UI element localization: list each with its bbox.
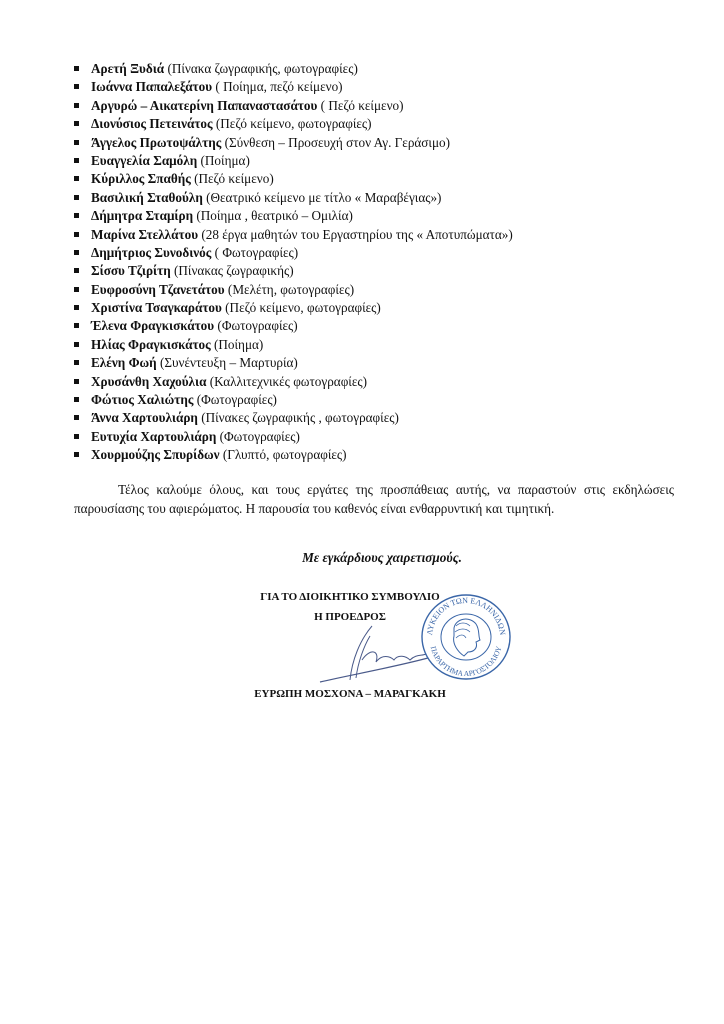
contributor-item: Έλενα Φραγκισκάτου (Φωτογραφίες): [74, 317, 513, 335]
square-bullet-icon: [74, 360, 79, 365]
contributor-item: Αρετή Ξυδιά (Πίνακα ζωγραφικής, φωτογραφ…: [74, 60, 513, 78]
contribution-description: (Πεζό κείμενο): [191, 171, 274, 186]
contributor-name: Βασιλική Σταθούλη: [91, 190, 203, 205]
square-bullet-icon: [74, 268, 79, 273]
contribution-description: (Φωτογραφίες): [214, 318, 298, 333]
contribution-description: (Γλυπτό, φωτογραφίες): [220, 447, 347, 462]
contributor-item: Ιωάννα Παπαλεξάτου ( Ποίημα, πεζό κείμεν…: [74, 78, 513, 96]
square-bullet-icon: [74, 287, 79, 292]
contributor-item: Κύριλλος Σπαθής (Πεζό κείμενο): [74, 170, 513, 188]
contributor-name: Χουρμούζης Σπυρίδων: [91, 447, 220, 462]
contributor-name: Σίσσυ Τζιρίτη: [91, 263, 171, 278]
contributor-name: Δήμητρα Σταμίρη: [91, 208, 193, 223]
contributor-item: Αργυρώ – Αικατερίνη Παπαναστασάτου ( Πεζ…: [74, 97, 513, 115]
greeting: Με εγκάρδιους χαιρετισμούς.: [20, 550, 724, 566]
square-bullet-icon: [74, 121, 79, 126]
contribution-description: (Πίνακας ζωγραφικής): [171, 263, 294, 278]
contributor-item: Χρυσάνθη Χαχούλια (Καλλιτεχνικές φωτογρα…: [74, 373, 513, 391]
contributor-item: Δήμητρα Σταμίρη (Ποίημα , θεατρικό – Ομι…: [74, 207, 513, 225]
contributor-name: Άννα Χαρτουλιάρη: [91, 410, 198, 425]
contributor-name: Ευτυχία Χαρτουλιάρη: [91, 429, 216, 444]
closing-paragraph-text: Τέλος καλούμε όλους, και τους εργάτες τη…: [74, 482, 674, 516]
square-bullet-icon: [74, 415, 79, 420]
square-bullet-icon: [74, 305, 79, 310]
contributor-item: Ευαγγελία Σαμόλη (Ποίημα): [74, 152, 513, 170]
contribution-description: (Ποίημα): [197, 153, 250, 168]
contributor-item: Μαρίνα Στελλάτου (28 έργα μαθητών του Ερ…: [74, 226, 513, 244]
square-bullet-icon: [74, 250, 79, 255]
contributor-name: Αρετή Ξυδιά: [91, 61, 164, 76]
contributor-item: Άγγελος Πρωτοψάλτης (Σύνθεση – Προσευχή …: [74, 134, 513, 152]
square-bullet-icon: [74, 195, 79, 200]
contributor-name: Ιωάννα Παπαλεξάτου: [91, 79, 212, 94]
square-bullet-icon: [74, 103, 79, 108]
square-bullet-icon: [74, 66, 79, 71]
square-bullet-icon: [74, 379, 79, 384]
square-bullet-icon: [74, 342, 79, 347]
square-bullet-icon: [74, 84, 79, 89]
board-line: ΓΙΑ ΤΟ ΔΙΟΙΚΗΤΙΚΟ ΣΥΜΒΟΥΛΙΟ: [0, 591, 712, 603]
contributor-name: Ηλίας Φραγκισκάτος: [91, 337, 211, 352]
contributor-name: Ευαγγελία Σαμόλη: [91, 153, 197, 168]
contribution-description: (Ποίημα): [211, 337, 264, 352]
contribution-description: ( Ποίημα, πεζό κείμενο): [212, 79, 342, 94]
square-bullet-icon: [74, 213, 79, 218]
contributor-name: Αργυρώ – Αικατερίνη Παπαναστασάτου: [91, 98, 317, 113]
contributor-name: Κύριλλος Σπαθής: [91, 171, 191, 186]
contributor-item: Δημήτριος Συνοδινός ( Φωτογραφίες): [74, 244, 513, 262]
contribution-description: (Θεατρικό κείμενο με τίτλο « Μαραβέγιας»…: [203, 190, 442, 205]
square-bullet-icon: [74, 176, 79, 181]
square-bullet-icon: [74, 323, 79, 328]
contributor-name: Δημήτριος Συνοδινός: [91, 245, 211, 260]
contributor-name: Ευφροσύνη Τζανετάτου: [91, 282, 225, 297]
square-bullet-icon: [74, 452, 79, 457]
contributor-name: Έλενα Φραγκισκάτου: [91, 318, 214, 333]
contributor-item: Ελένη Φωή (Συνέντευξη – Μαρτυρία): [74, 354, 513, 372]
contributor-item: Χουρμούζης Σπυρίδων (Γλυπτό, φωτογραφίες…: [74, 446, 513, 464]
contributor-item: Άννα Χαρτουλιάρη (Πίνακες ζωγραφικής , φ…: [74, 409, 513, 427]
contribution-description: (Πεζό κείμενο, φωτογραφίες): [222, 300, 381, 315]
contributor-name: Χριστίνα Τσαγκαράτου: [91, 300, 222, 315]
contributor-item: Ευφροσύνη Τζανετάτου (Μελέτη, φωτογραφίε…: [74, 281, 513, 299]
contributor-item: Ευτυχία Χαρτουλιάρη (Φωτογραφίες): [74, 428, 513, 446]
square-bullet-icon: [74, 140, 79, 145]
signature-icon: [310, 620, 430, 690]
contributor-item: Χριστίνα Τσαγκαράτου (Πεζό κείμενο, φωτο…: [74, 299, 513, 317]
contributor-name: Χρυσάνθη Χαχούλια: [91, 374, 206, 389]
square-bullet-icon: [74, 434, 79, 439]
contribution-description: (Συνέντευξη – Μαρτυρία): [157, 355, 298, 370]
contributors-list: Αρετή Ξυδιά (Πίνακα ζωγραφικής, φωτογραφ…: [74, 60, 513, 465]
signer-name: ΕΥΡΩΠΗ ΜΟΣΧΟΝΑ – ΜΑΡΑΓΚΑΚΗ: [0, 688, 712, 700]
contributor-name: Άγγελος Πρωτοψάλτης: [91, 135, 221, 150]
contribution-description: ( Φωτογραφίες): [211, 245, 298, 260]
contribution-description: (Πίνακες ζωγραφικής , φωτογραφίες): [198, 410, 399, 425]
contribution-description: (Πίνακα ζωγραφικής, φωτογραφίες): [164, 61, 358, 76]
contribution-description: (Ποίημα , θεατρικό – Ομιλία): [193, 208, 353, 223]
svg-text:ΠΑΡΑΡΤΗΜΑ ΑΡΓΟΣΤΟΛΙΟΥ: ΠΑΡΑΡΤΗΜΑ ΑΡΓΟΣΤΟΛΙΟΥ: [429, 645, 504, 678]
contributor-item: Διονύσιος Πετεινάτος (Πεζό κείμενο, φωτο…: [74, 115, 513, 133]
contributor-item: Ηλίας Φραγκισκάτος (Ποίημα): [74, 336, 513, 354]
contribution-description: (Σύνθεση – Προσευχή στον Αγ. Γεράσιμο): [221, 135, 450, 150]
contributor-name: Ελένη Φωή: [91, 355, 157, 370]
contributor-name: Μαρίνα Στελλάτου: [91, 227, 198, 242]
contributor-item: Φώτιος Χαλιώτης (Φωτογραφίες): [74, 391, 513, 409]
contribution-description: (28 έργα μαθητών του Εργαστηρίου της « Α…: [198, 227, 513, 242]
contribution-description: (Μελέτη, φωτογραφίες): [225, 282, 355, 297]
contribution-description: ( Πεζό κείμενο): [317, 98, 403, 113]
square-bullet-icon: [74, 397, 79, 402]
contributor-item: Βασιλική Σταθούλη (Θεατρικό κείμενο με τ…: [74, 189, 513, 207]
square-bullet-icon: [74, 158, 79, 163]
contribution-description: (Πεζό κείμενο, φωτογραφίες): [213, 116, 372, 131]
contribution-description: (Καλλιτεχνικές φωτογραφίες): [206, 374, 367, 389]
contribution-description: (Φωτογραφίες): [216, 429, 300, 444]
seal-stamp-icon: ΛΥΚΕΙΟΝ ΤΩΝ ΕΛΛΗΝΙΔΩΝ ΠΑΡΑΡΤΗΜΑ ΑΡΓΟΣΤΟΛ…: [418, 592, 514, 682]
contributor-name: Φώτιος Χαλιώτης: [91, 392, 193, 407]
square-bullet-icon: [74, 232, 79, 237]
closing-paragraph: Τέλος καλούμε όλους, και τους εργάτες τη…: [74, 480, 674, 518]
contribution-description: (Φωτογραφίες): [193, 392, 277, 407]
contributor-item: Σίσσυ Τζιρίτη (Πίνακας ζωγραφικής): [74, 262, 513, 280]
contributor-name: Διονύσιος Πετεινάτος: [91, 116, 213, 131]
